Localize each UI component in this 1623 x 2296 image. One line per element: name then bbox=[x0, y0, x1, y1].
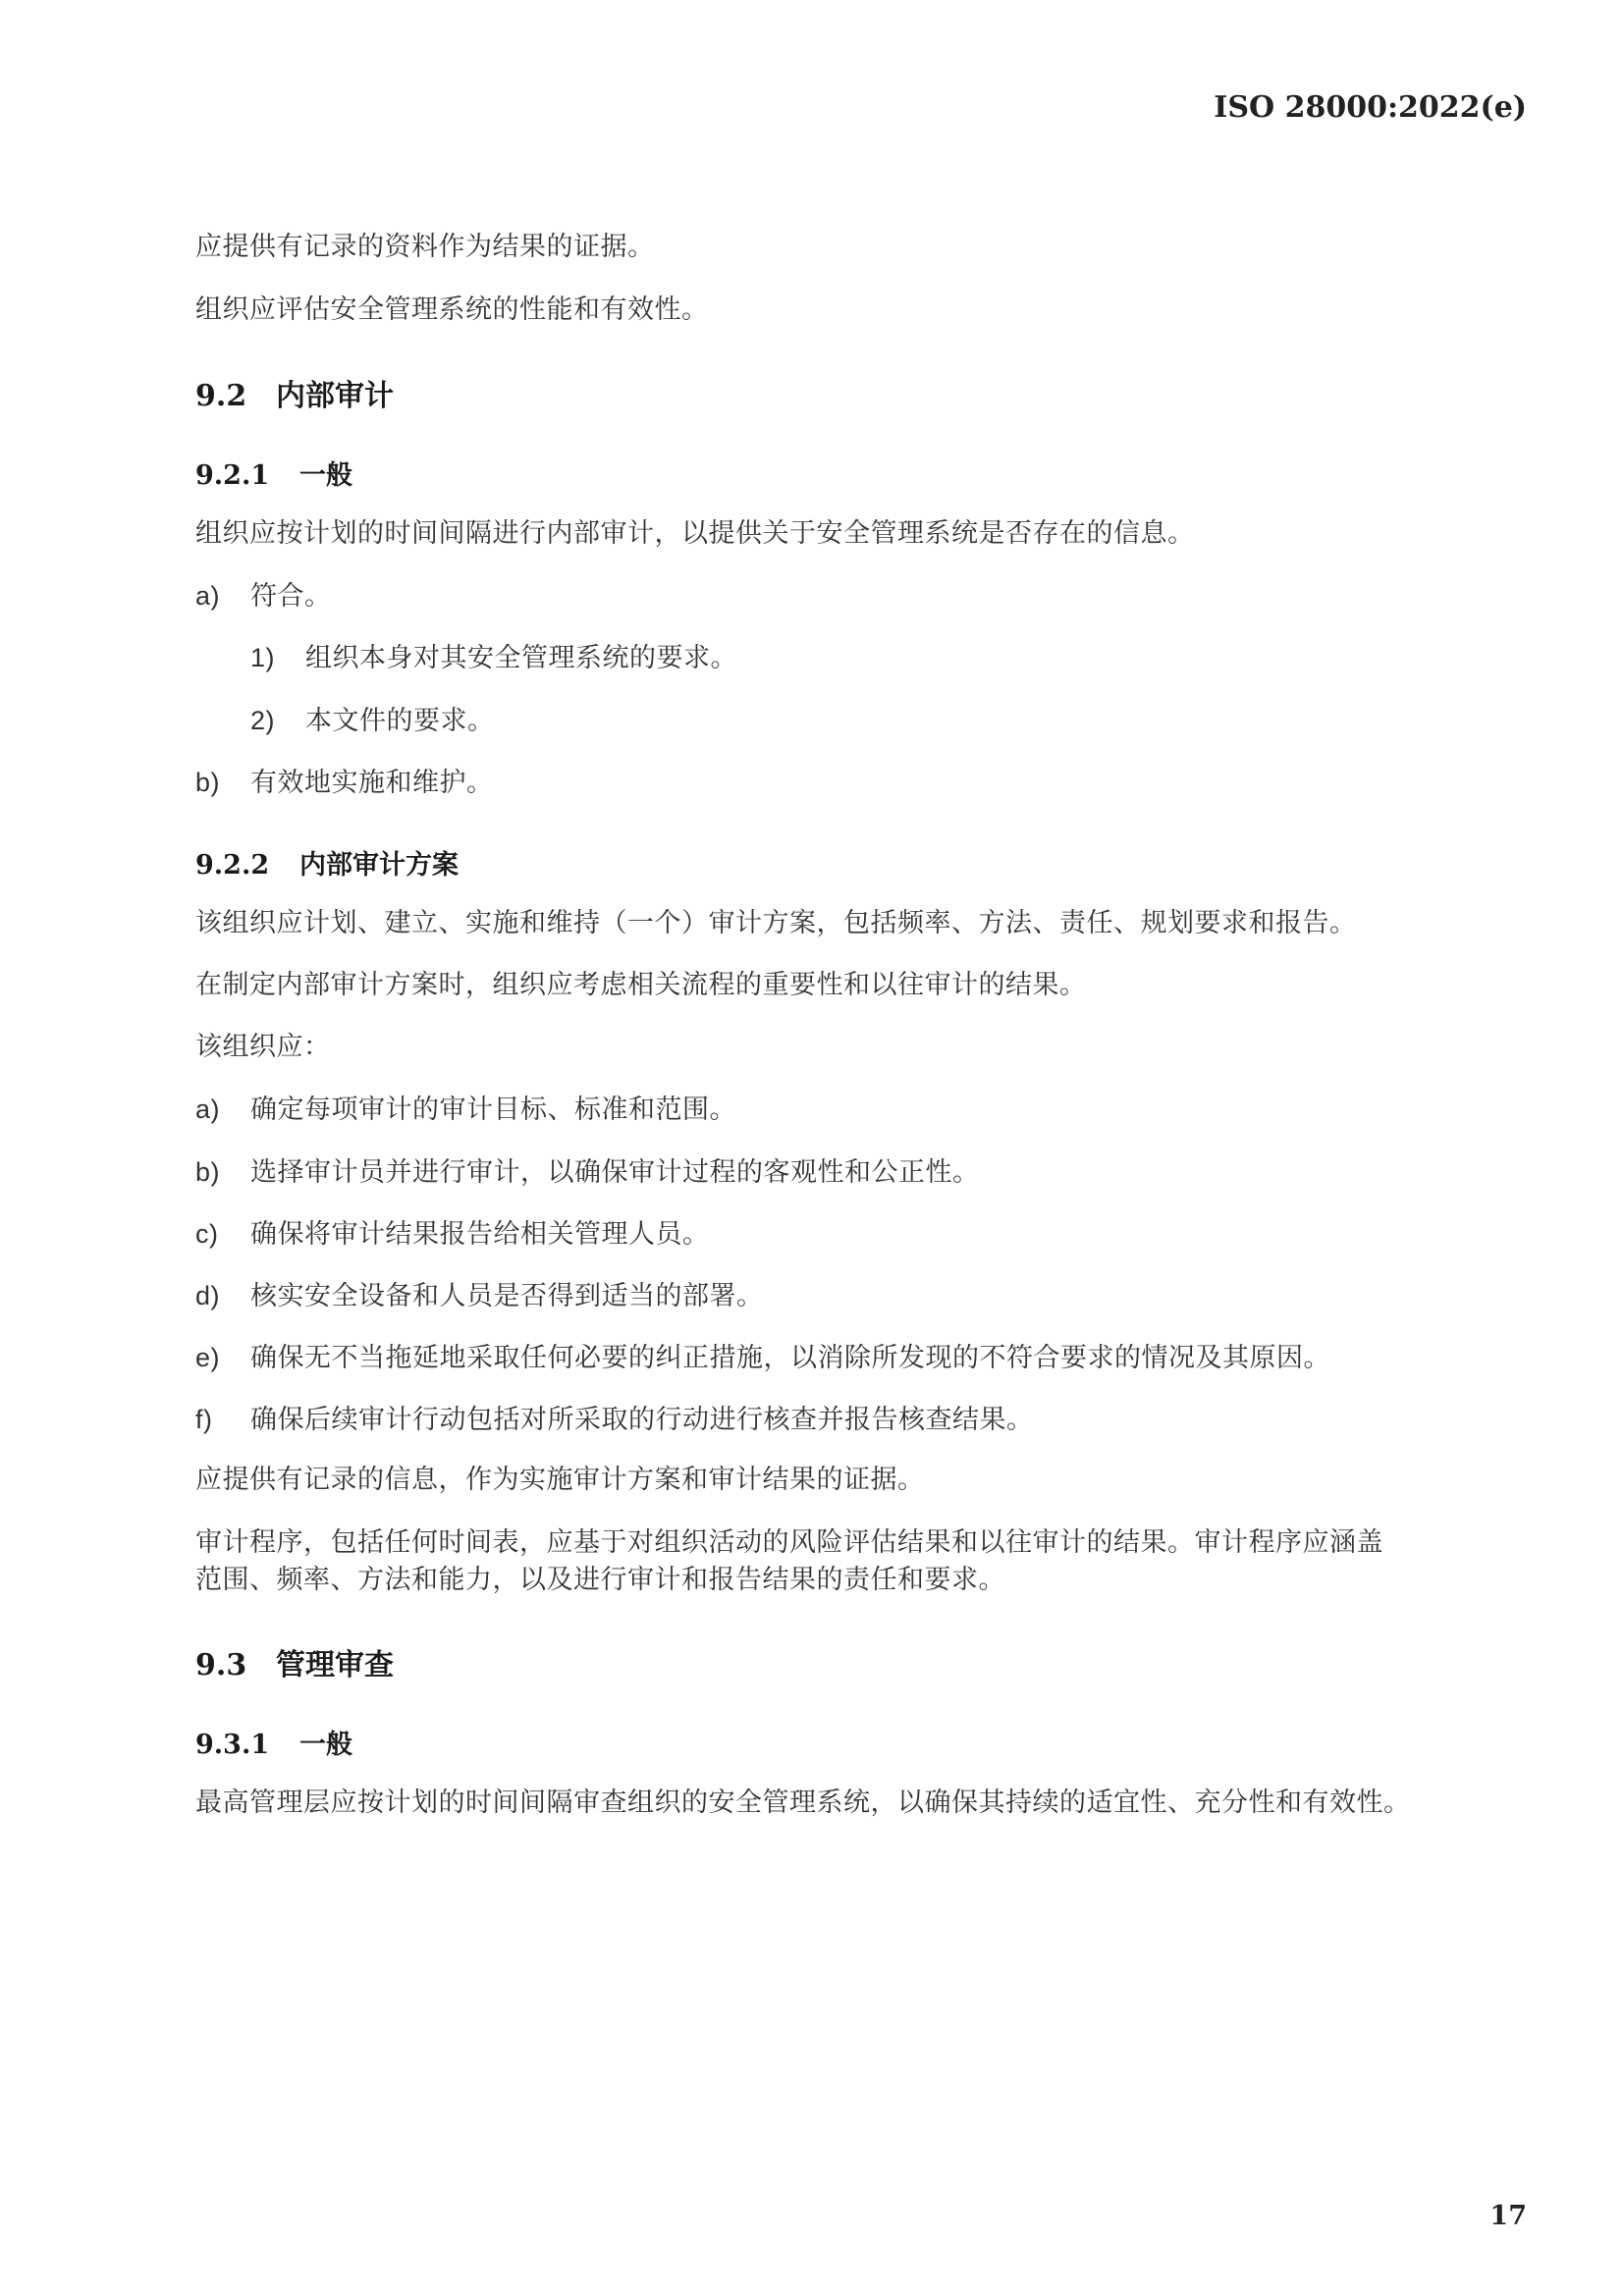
paragraph: 该组织应计划、建立、实施和维持（一个）审计方案，包括频率、方法、责任、规划要求和… bbox=[195, 905, 1357, 942]
list-item: b)选择审计员并进行审计，以确保审计过程的客观性和公正性。 bbox=[195, 1153, 980, 1192]
section-number: 9.2.1 bbox=[195, 460, 299, 491]
section-title: 内部审计 bbox=[276, 379, 394, 413]
list-label: b) bbox=[195, 1153, 250, 1191]
section-title: 一般 bbox=[299, 1730, 352, 1760]
paragraph: 审计程序，包括任何时间表，应基于对组织活动的风险评估结果和以往审计的结果。审计程… bbox=[195, 1524, 1383, 1562]
list-text: 确保将审计结果报告给相关管理人员。 bbox=[250, 1219, 710, 1250]
paragraph: 应提供有记录的资料作为结果的证据。 bbox=[195, 229, 655, 266]
section-title: 内部审计方案 bbox=[299, 850, 459, 881]
section-heading-9-3: 9.3管理审查 bbox=[195, 1640, 394, 1683]
paragraph: 该组织应： bbox=[195, 1029, 331, 1066]
paragraph: 最高管理层应按计划的时间间隔审查组织的安全管理系统，以确保其持续的适宜性、充分性… bbox=[195, 1785, 1411, 1822]
list-label: f) bbox=[195, 1401, 250, 1438]
document-id-header: ISO 28000:2022(e) bbox=[1214, 90, 1527, 125]
list-label: c) bbox=[195, 1215, 250, 1253]
section-number: 9.3 bbox=[195, 1648, 276, 1682]
list-item: a)确定每项审计的审计目标、标准和范围。 bbox=[195, 1091, 736, 1129]
list-item: a)符合。 bbox=[195, 577, 332, 615]
section-heading-9-3-1: 9.3.1一般 bbox=[195, 1723, 352, 1761]
paragraph: 范围、频率、方法和能力，以及进行审计和报告结果的责任和要求。 bbox=[195, 1562, 1005, 1599]
list-label: a) bbox=[195, 577, 250, 614]
list-item: 1)组织本身对其安全管理系统的要求。 bbox=[250, 639, 737, 677]
section-number: 9.2 bbox=[195, 379, 276, 413]
list-text: 符合。 bbox=[250, 581, 332, 612]
section-heading-9-2: 9.2内部审计 bbox=[195, 371, 394, 414]
list-item: e)确保无不当拖延地采取任何必要的纠正措施，以消除所发现的不符合要求的情况及其原… bbox=[195, 1339, 1330, 1377]
paragraph: 应提供有记录的信息，作为实施审计方案和审计结果的证据。 bbox=[195, 1462, 925, 1499]
list-label: b) bbox=[195, 764, 250, 801]
section-heading-9-2-2: 9.2.2内部审计方案 bbox=[195, 843, 459, 881]
list-label: d) bbox=[195, 1277, 250, 1314]
paragraph: 组织应按计划的时间间隔进行内部审计，以提供关于安全管理系统是否存在的信息。 bbox=[195, 515, 1195, 553]
section-title: 一般 bbox=[299, 460, 352, 491]
list-text: 本文件的要求。 bbox=[305, 706, 495, 736]
list-item: f)确保后续审计行动包括对所采取的行动进行核查并报告核查结果。 bbox=[195, 1401, 1034, 1439]
list-text: 确保无不当拖延地采取任何必要的纠正措施，以消除所发现的不符合要求的情况及其原因。 bbox=[250, 1343, 1330, 1373]
list-text: 组织本身对其安全管理系统的要求。 bbox=[305, 643, 737, 673]
list-label: 1) bbox=[250, 639, 305, 676]
section-number: 9.3.1 bbox=[195, 1730, 299, 1760]
list-text: 选择审计员并进行审计，以确保审计过程的客观性和公正性。 bbox=[250, 1157, 980, 1188]
list-label: e) bbox=[195, 1339, 250, 1376]
section-number: 9.2.2 bbox=[195, 850, 299, 881]
paragraph: 组织应评估安全管理系统的性能和有效性。 bbox=[195, 292, 709, 329]
list-item: b)有效地实施和维护。 bbox=[195, 764, 494, 802]
list-text: 确定每项审计的审计目标、标准和范围。 bbox=[250, 1095, 736, 1125]
paragraph: 在制定内部审计方案时，组织应考虑相关流程的重要性和以往审计的结果。 bbox=[195, 967, 1087, 1004]
list-item: c)确保将审计结果报告给相关管理人员。 bbox=[195, 1215, 710, 1254]
section-title: 管理审查 bbox=[276, 1648, 394, 1682]
list-item: d)核实安全设备和人员是否得到适当的部署。 bbox=[195, 1277, 764, 1315]
list-label: a) bbox=[195, 1091, 250, 1128]
list-item: 2)本文件的要求。 bbox=[250, 702, 495, 740]
list-text: 有效地实施和维护。 bbox=[250, 768, 494, 798]
section-heading-9-2-1: 9.2.1一般 bbox=[195, 454, 352, 492]
list-text: 确保后续审计行动包括对所采取的行动进行核查并报告核查结果。 bbox=[250, 1405, 1034, 1435]
list-text: 核实安全设备和人员是否得到适当的部署。 bbox=[250, 1281, 764, 1311]
page-number: 17 bbox=[1489, 2201, 1527, 2231]
list-label: 2) bbox=[250, 702, 305, 739]
